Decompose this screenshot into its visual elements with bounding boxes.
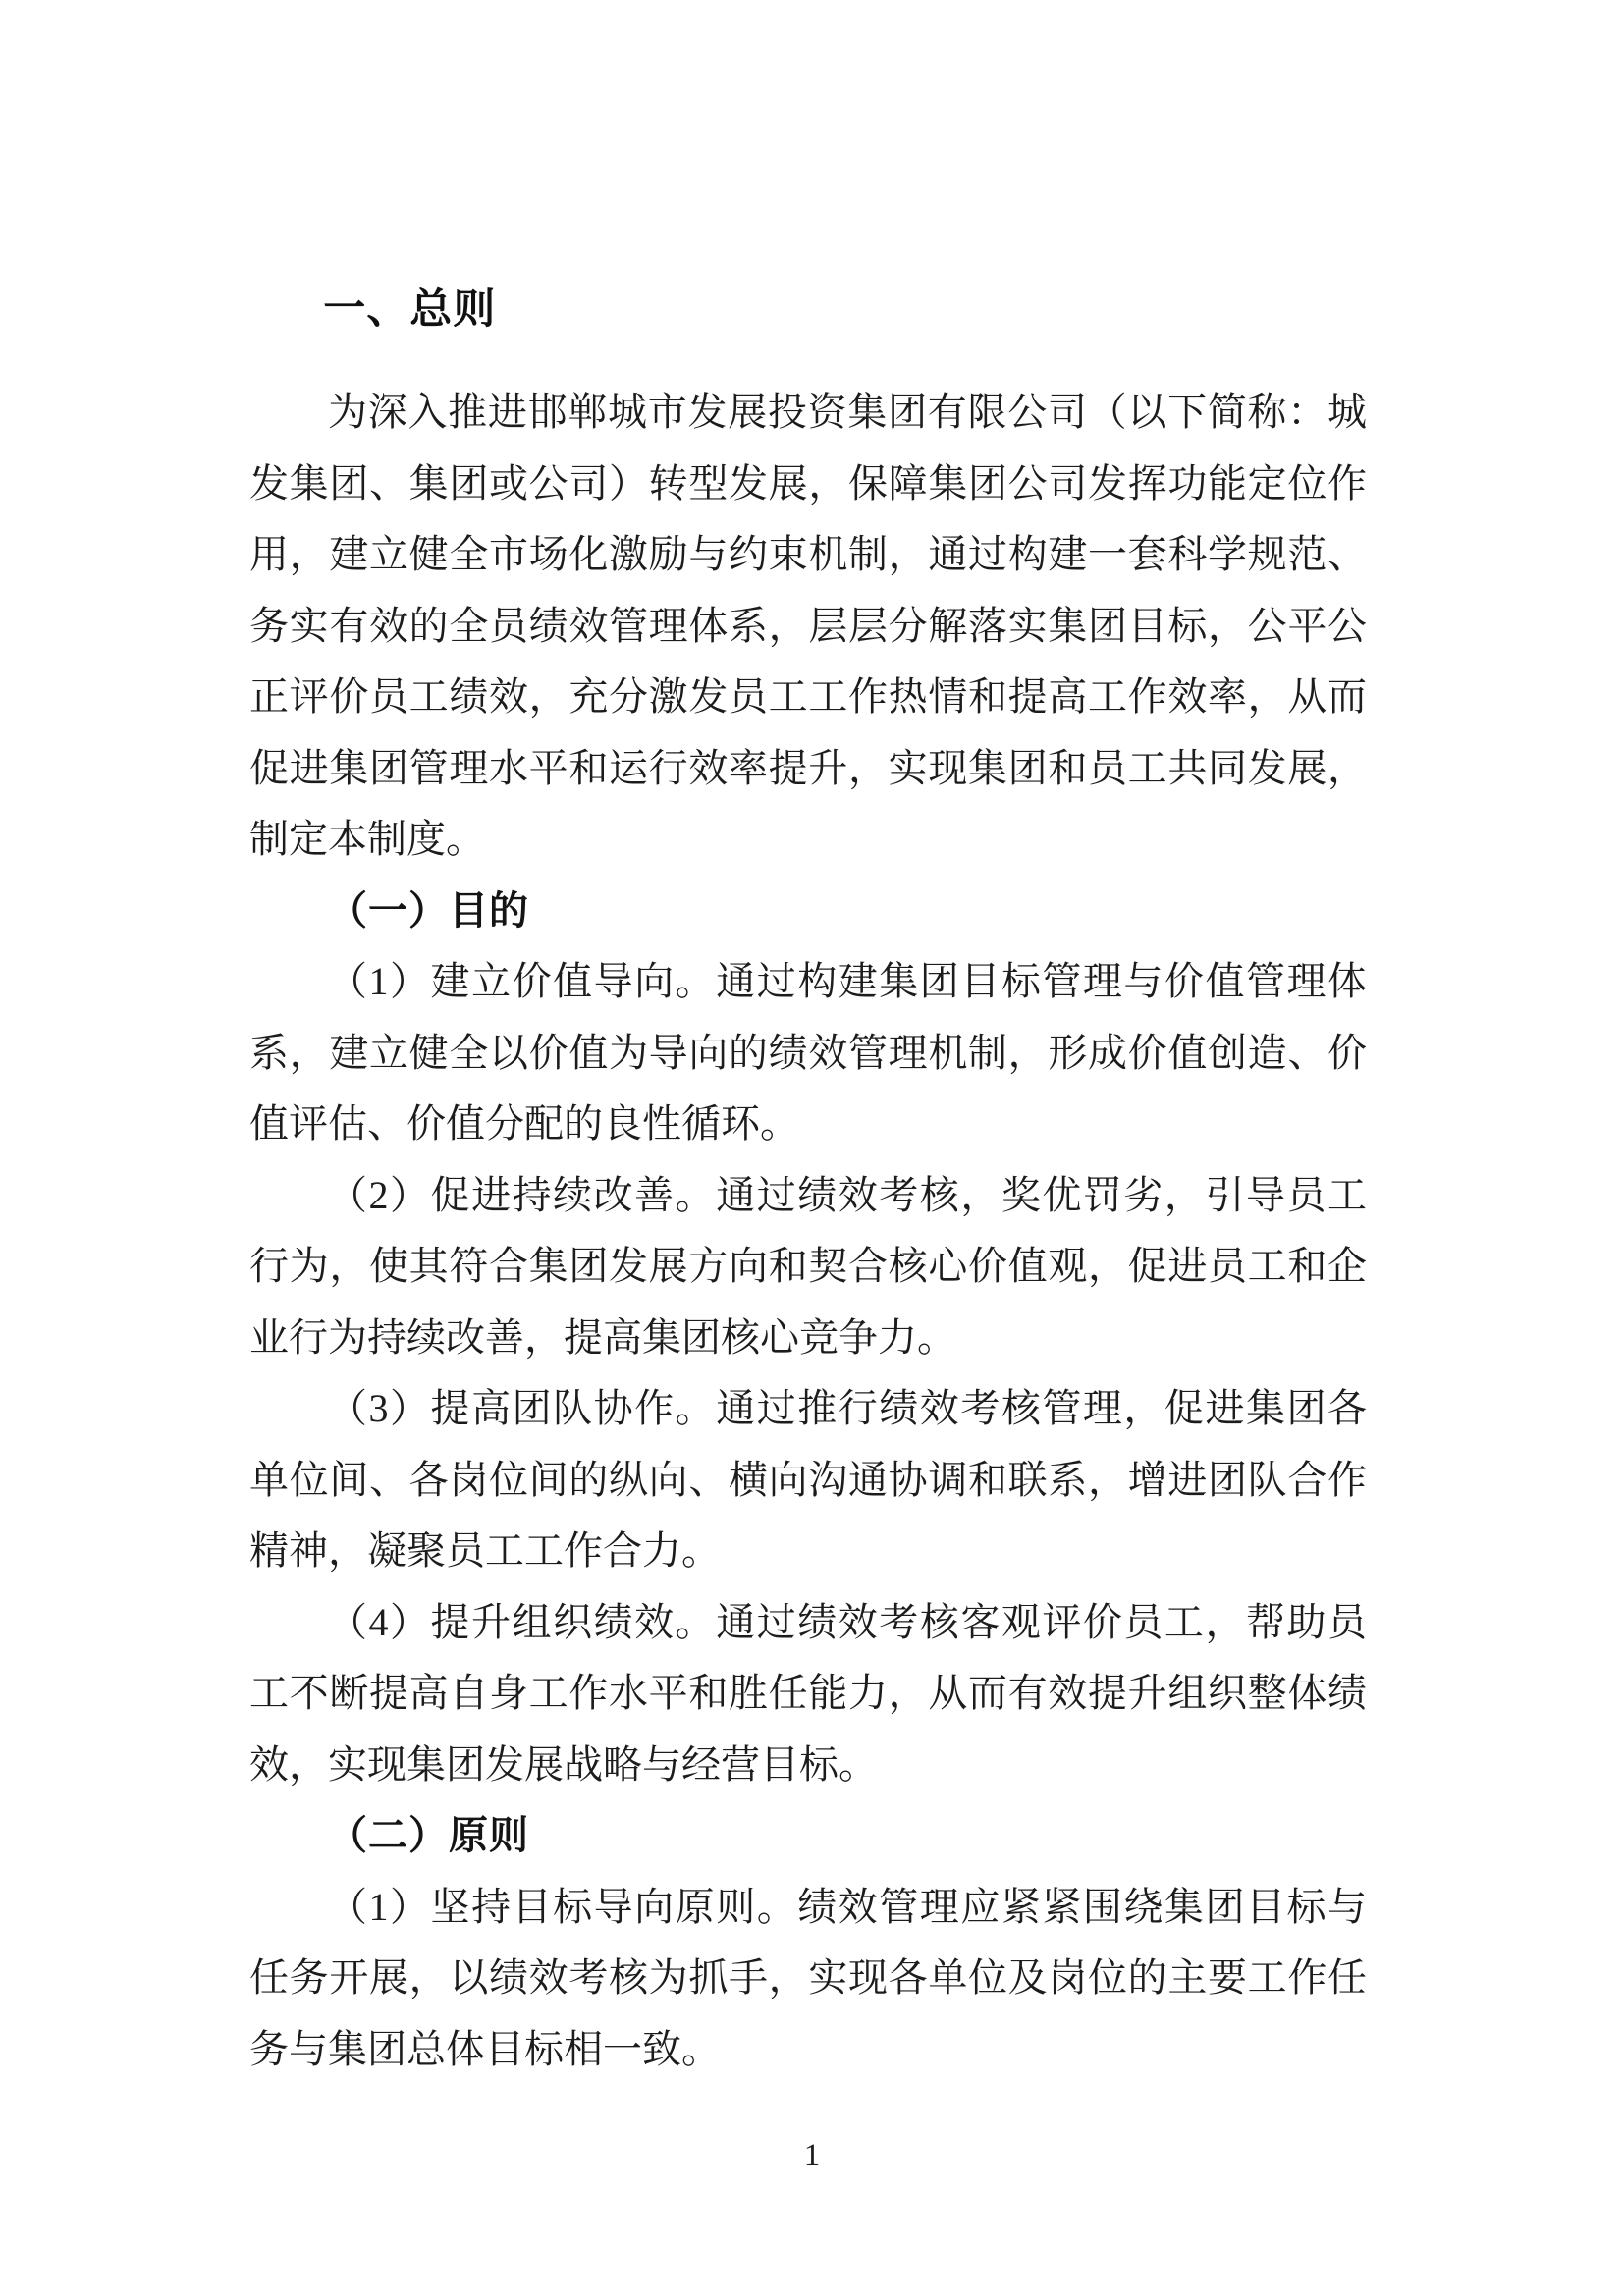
purpose-item-1: （1）建立价值导向。通过构建集团目标管理与价值管理体系，建立健全以价值为导向的绩… — [249, 946, 1367, 1160]
subsection-heading-purpose: （一）目的 — [249, 876, 1367, 947]
purpose-item-3: （3）提高团队协作。通过推行绩效考核管理，促进集团各单位间、各岗位间的纵向、横向… — [249, 1373, 1367, 1587]
chapter-title: 一、总则 — [249, 285, 1367, 334]
intro-paragraph: 为深入推进邯郸城市发展投资集团有限公司（以下简称：城发集团、集团或公司）转型发展… — [249, 377, 1367, 876]
purpose-item-2: （2）促进持续改善。通过绩效考核，奖优罚劣，引导员工行为，使其符合集团发展方向和… — [249, 1160, 1367, 1374]
subsection-heading-principles: （二）原则 — [249, 1800, 1367, 1872]
principles-item-1: （1）坚持目标导向原则。绩效管理应紧紧围绕集团目标与任务开展，以绩效考核为抓手，… — [249, 1872, 1367, 2086]
page-number: 1 — [0, 2136, 1624, 2175]
document-page: 一、总则 为深入推进邯郸城市发展投资集团有限公司（以下简称：城发集团、集团或公司… — [0, 0, 1624, 2296]
purpose-item-4: （4）提升组织绩效。通过绩效考核客观评价员工，帮助员工不断提高自身工作水平和胜任… — [249, 1587, 1367, 1801]
